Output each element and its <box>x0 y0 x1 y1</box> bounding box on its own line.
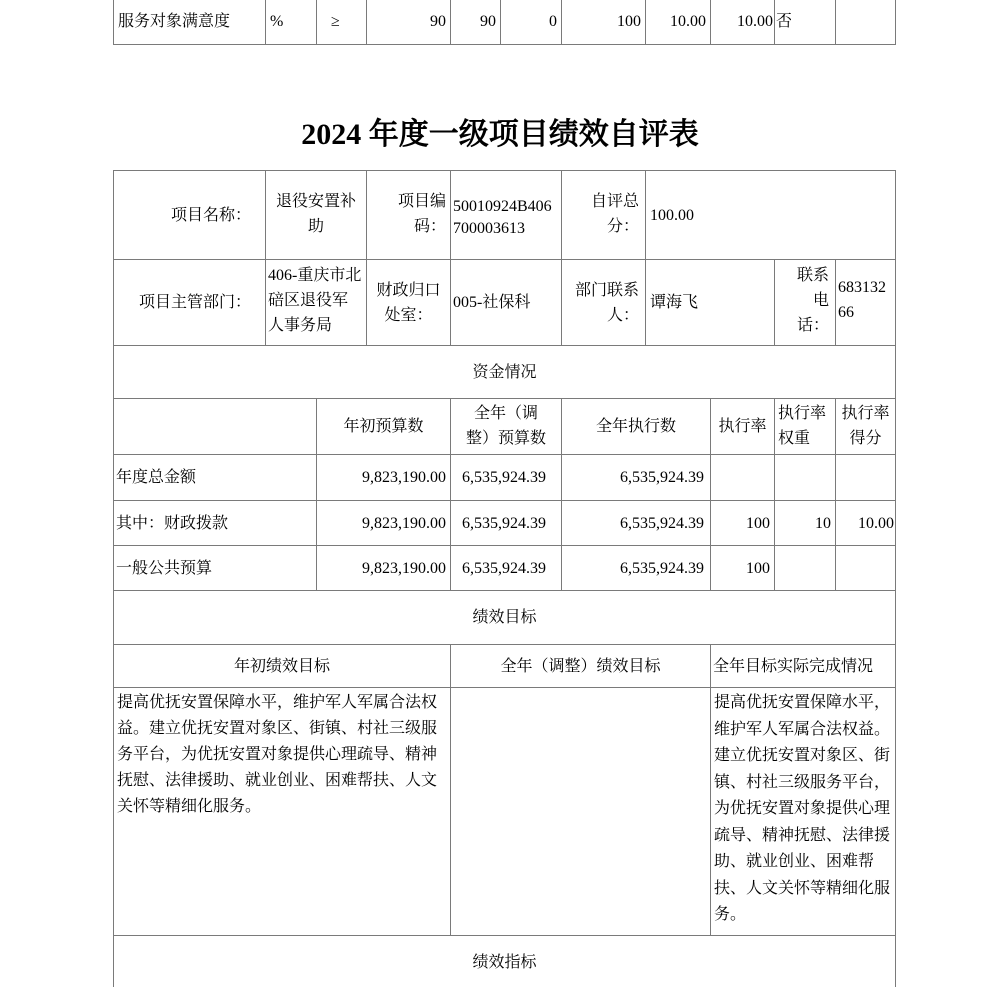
funds-row-executed: 6,535,924.39 <box>561 454 711 501</box>
indicator-target: 90 <box>366 0 451 45</box>
indicator-rate: 100 <box>561 0 646 45</box>
indicator-operator: ≥ <box>316 0 367 45</box>
funds-header-executed: 全年执行数 <box>561 398 711 455</box>
contact-label: 部门联系人： <box>561 259 646 346</box>
funds-header-blank <box>113 398 317 455</box>
funds-header-rate: 执行率 <box>710 398 775 455</box>
dept-value: 406-重庆市北碚区退役军人事务局 <box>265 259 367 346</box>
indicator-weight: 10.00 <box>645 0 711 45</box>
goals-header-actual: 全年目标实际完成情况 <box>710 644 896 688</box>
goals-header-initial: 年初绩效目标 <box>113 644 451 688</box>
funds-row-score <box>835 454 896 501</box>
funds-row-rate: 100 <box>710 545 775 591</box>
self-score-label: 自评总分： <box>561 170 646 260</box>
indicators-section-title: 绩效指标 <box>113 935 896 987</box>
phone-value: 68313266 <box>835 259 896 346</box>
funds-row-initial: 9,823,190.00 <box>316 500 451 546</box>
goals-header-adjusted: 全年（调整）绩效目标 <box>450 644 711 688</box>
project-code-label: 项目编码： <box>366 170 451 260</box>
funds-section-title: 资金情况 <box>113 345 896 399</box>
funds-header-score: 执行率得分 <box>835 398 896 455</box>
funds-header-weight: 执行率权重 <box>774 398 836 455</box>
funds-header-initial: 年初预算数 <box>316 398 451 455</box>
funds-row-weight <box>774 545 836 591</box>
page-title: 2024 年度一级项目绩效自评表 <box>0 113 1000 157</box>
indicator-unit: % <box>265 0 317 45</box>
funds-row-adjusted: 6,535,924.39 <box>450 545 562 591</box>
contact-value: 谭海飞 <box>645 259 775 346</box>
indicator-deviation: 0 <box>500 0 562 45</box>
funds-row-weight: 10 <box>774 500 836 546</box>
funds-row-rate <box>710 454 775 501</box>
goals-section-title: 绩效目标 <box>113 590 896 645</box>
funds-row-score: 10.00 <box>835 500 896 546</box>
funds-row-adjusted: 6,535,924.39 <box>450 454 562 501</box>
project-code-value: 50010924B406700003613 <box>450 170 562 260</box>
funds-row-rate: 100 <box>710 500 775 546</box>
funds-row-weight <box>774 454 836 501</box>
funds-row-label: 一般公共预算 <box>113 545 317 591</box>
self-score-value: 100.00 <box>645 170 896 260</box>
goals-adjusted-text <box>450 687 711 936</box>
indicator-score: 10.00 <box>710 0 775 45</box>
funds-row-score <box>835 545 896 591</box>
goals-actual-text: 提高优抚安置保障水平，维护军人军属合法权益。建立优抚安置对象区、街镇、村社三级服… <box>710 687 896 936</box>
project-name-value: 退役安置补助 <box>265 170 367 260</box>
project-name-label: 项目名称： <box>113 170 266 260</box>
funds-header-adjusted: 全年（调整）预算数 <box>450 398 562 455</box>
phone-label: 联系电话： <box>774 259 836 346</box>
funds-row-label: 年度总金额 <box>113 454 317 501</box>
finance-office-label: 财政归口处室： <box>366 259 451 346</box>
finance-office-value: 005-社保科 <box>450 259 562 346</box>
dept-label: 项目主管部门： <box>113 259 266 346</box>
indicator-actual: 90 <box>450 0 501 45</box>
funds-row-adjusted: 6,535,924.39 <box>450 500 562 546</box>
funds-row-executed: 6,535,924.39 <box>561 500 711 546</box>
indicator-name: 服务对象满意度 <box>113 0 266 45</box>
goals-initial-text: 提高优抚安置保障水平，维护军人军属合法权益。建立优抚安置对象区、街镇、村社三级服… <box>113 687 451 936</box>
indicator-remark <box>835 0 896 45</box>
funds-row-label: 其中：财政拨款 <box>113 500 317 546</box>
funds-row-initial: 9,823,190.00 <box>316 454 451 501</box>
funds-row-executed: 6,535,924.39 <box>561 545 711 591</box>
funds-row-initial: 9,823,190.00 <box>316 545 451 591</box>
indicator-deviation-flag: 否 <box>774 0 836 45</box>
